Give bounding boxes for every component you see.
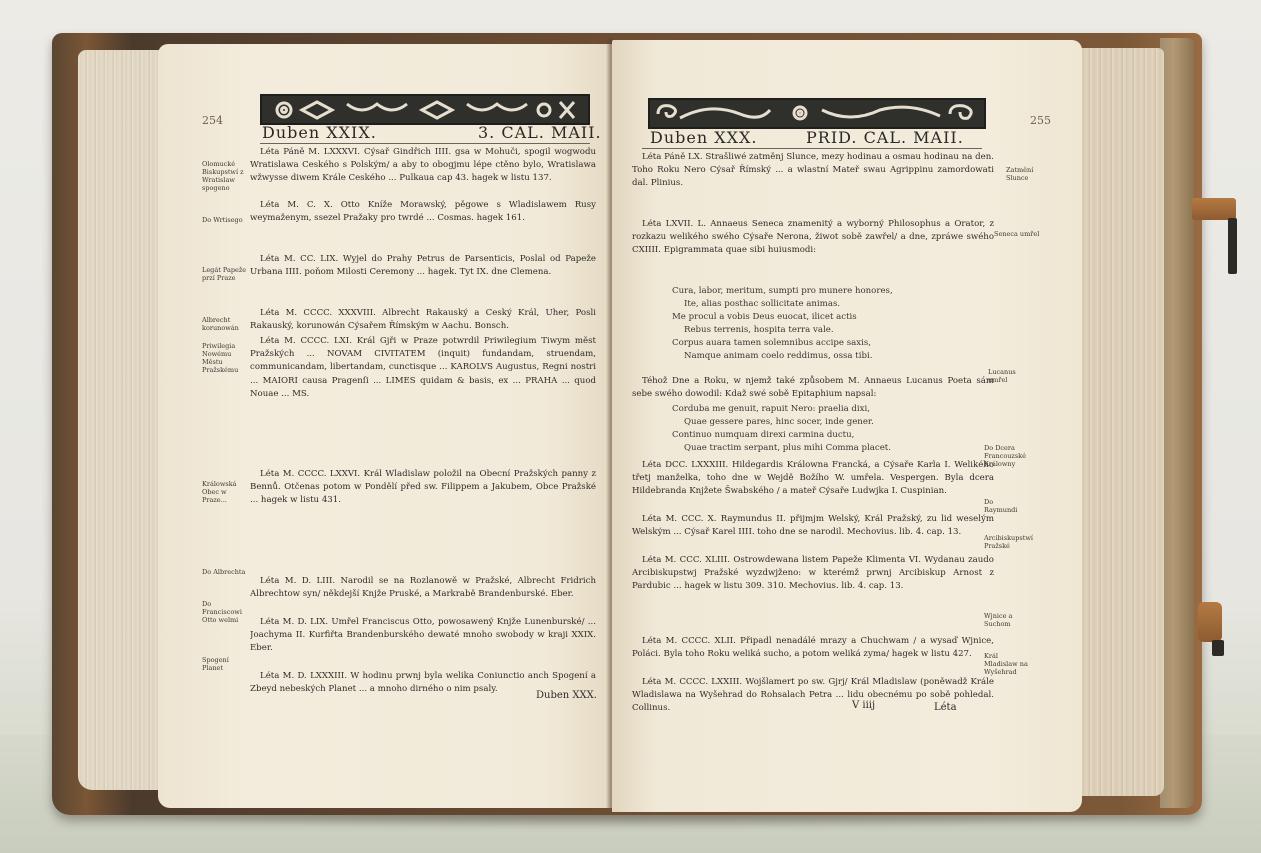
right-running-head-day: Duben XXX.	[650, 128, 758, 147]
verse-line: Rebus terrenis, hospita terra vale.	[632, 324, 994, 337]
left-header-rule	[260, 143, 590, 144]
verse-line: Namque animam coelo reddimus, ossa tibi.	[632, 350, 994, 363]
left-margin-gloss: Do Albrechta	[202, 568, 248, 576]
left-entry: Léta M. D. LIII. Narodil se na Rozlanowě…	[250, 575, 596, 615]
left-margin-gloss: Olomucké Biskupstwí z Wratislaw spogeno	[202, 160, 248, 192]
ornament-scroll-icon	[262, 96, 588, 123]
verse-line: Quae tractim serpant, plus mihi Comma pl…	[632, 442, 994, 455]
right-margin-gloss: Seneca umřel	[994, 230, 1044, 238]
right-catchword: Léta	[934, 702, 957, 713]
left-headband-ornament	[260, 94, 590, 125]
right-page: 255 Duben XXX. PRID. CAL. MAII. Léta Pán…	[612, 40, 1082, 812]
left-entry: Léta Páně M. LXXXVI. Cýsař Gindřich IIII…	[250, 146, 596, 198]
left-margin-gloss: Spogení Planet	[202, 656, 248, 672]
right-entry-lucanus: Téhož Dne a Roku, w njemž také způsobem …	[632, 375, 994, 402]
verse-line: Quae gessere pares, hinc socer, inde gen…	[632, 416, 994, 429]
cover-edge-right	[1160, 38, 1194, 808]
right-entry: Léta DCC. LXXXIII. Hildegardis Králowna …	[632, 459, 994, 512]
left-margin-gloss: Do Franciscowi Otto welmi	[202, 600, 248, 624]
verse-line: Continuo numquam direxi carmina ductu,	[632, 429, 994, 442]
right-entry: Léta LXVII. L. Annaeus Seneca znamenitý …	[632, 218, 994, 284]
upper-clasp-pin-icon	[1228, 218, 1237, 274]
right-margin-gloss: Lucanus umřel	[988, 368, 1032, 384]
right-margin-gloss: Do Raymundi	[984, 498, 1028, 514]
left-catchword: Duben XXX.	[536, 690, 597, 701]
verse-line: Me procul a vobis Deus euocat, ilicet ac…	[632, 311, 994, 324]
left-margin-gloss: Králowská Obec w Praze...	[202, 480, 248, 504]
left-margin-gloss: Priwilegia Nowému Městu Pražskému	[202, 342, 248, 374]
right-folio-number: 255	[1030, 114, 1051, 127]
left-entry: Léta M. CCCC. LXXVI. Král Wladislaw polo…	[250, 468, 596, 574]
verse-line: Corpus auara tamen solemnibus accipe sax…	[632, 337, 994, 350]
seneca-epitaph-verse: Cura, labor, meritum, sumpti pro munere …	[632, 285, 994, 369]
right-running-head-calendar: PRID. CAL. MAII.	[806, 128, 964, 147]
right-margin-gloss: Zatmění Slunce	[1006, 166, 1050, 182]
right-entry: Léta M. CCC. XLIII. Ostrowdewana listem …	[632, 554, 994, 634]
right-margin-gloss: Arcibiskupstwí Pražské	[984, 534, 1034, 550]
right-header-rule	[642, 148, 982, 149]
left-text-column: Léta Páně M. LXXXVI. Cýsař Gindřich IIII…	[250, 146, 596, 711]
left-page: 254 Duben XXIX. 3. CAL. MAII. Léta Páně …	[158, 44, 613, 808]
right-margin-gloss: Král Mladislaw na Wyšehrad	[984, 652, 1030, 676]
lucanus-epitaph-verse: Corduba me genuit, rapuit Nero: praelia …	[632, 403, 994, 459]
ornament-scroll-icon	[650, 100, 984, 127]
verse-line: Corduba me genuit, rapuit Nero: praelia …	[632, 403, 994, 416]
left-page-stack	[78, 50, 170, 790]
verse-line: Ite, alias posthac sollicitate animas.	[632, 298, 994, 311]
right-text-column: Léta Páně LX. Strašliwé zatměnj Slunce, …	[632, 151, 994, 730]
right-signature-mark: V iiij	[852, 700, 875, 711]
left-entry: Léta M. D. LIX. Umřel Franciscus Otto, p…	[250, 616, 596, 669]
left-entry: Léta M. CCCC. LXI. Král Gjři w Praze pot…	[250, 335, 596, 467]
left-running-head-calendar: 3. CAL. MAII.	[478, 123, 602, 142]
upper-clasp-strap-icon	[1192, 198, 1236, 220]
lower-clasp-strap-icon	[1198, 602, 1222, 642]
right-headband-ornament	[648, 98, 986, 129]
left-margin-gloss: Do Wrtisego	[202, 216, 248, 224]
right-margin-gloss: Do Dcera Francouzské Králowny	[984, 444, 1032, 468]
left-running-head-day: Duben XXIX.	[262, 123, 377, 142]
left-margin-gloss: Legát Papeže przí Praze	[202, 266, 248, 282]
right-entry: Léta Páně LX. Strašliwé zatměnj Slunce, …	[632, 151, 994, 217]
right-page-stack	[1068, 48, 1164, 796]
verse-line: Cura, labor, meritum, sumpti pro munere …	[632, 285, 994, 298]
right-margin-gloss: Wjnice a Suchom	[984, 612, 1028, 628]
left-entry: Léta M. CC. LIX. Wyjel do Prahy Petrus d…	[250, 253, 596, 306]
left-entry: Léta M. C. X. Otto Kníže Morawský, pěgow…	[250, 199, 596, 252]
lower-clasp-pin-icon	[1212, 640, 1224, 656]
left-margin-gloss: Albrecht korunowán	[202, 316, 248, 332]
left-folio-number: 254	[202, 114, 223, 127]
right-entry: Léta M. CCCC. XLII. Připadl nenadálé mra…	[632, 635, 994, 675]
right-entry: Léta M. CCC. X. Raymundus II. přijmjm We…	[632, 513, 994, 553]
left-entry: Léta M. CCCC. XXXVIII. Albrecht Rakauský…	[250, 307, 596, 334]
